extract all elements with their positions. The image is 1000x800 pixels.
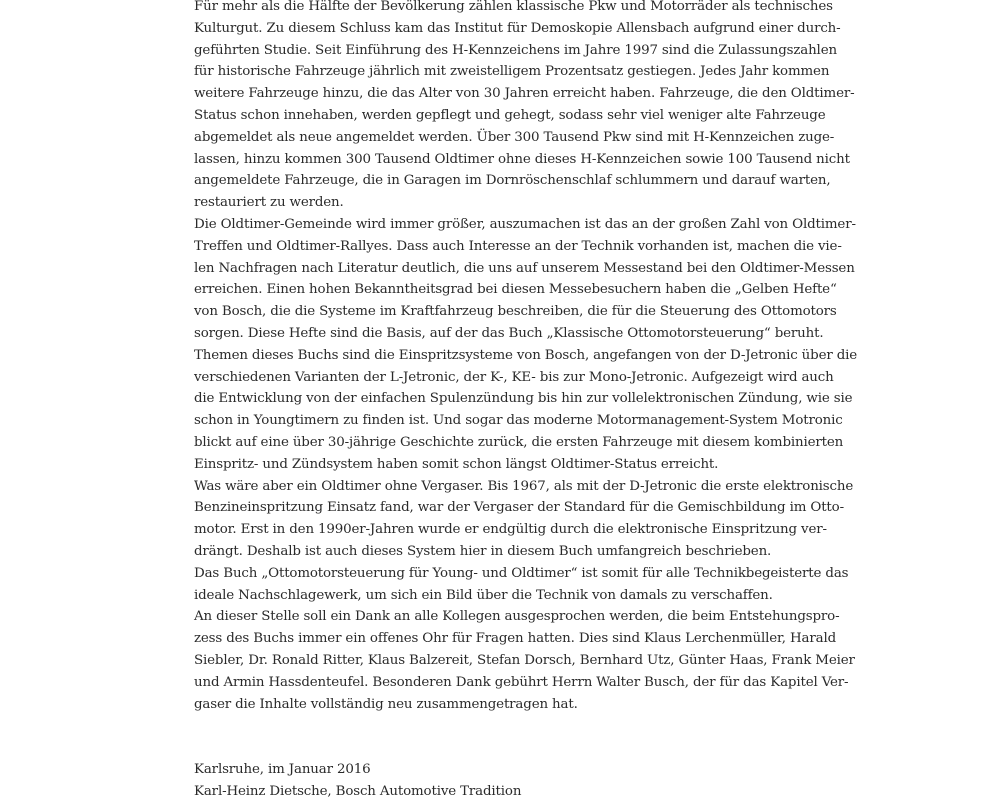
- text-line: zess des Buchs immer ein offenes Ohr für…: [194, 628, 814, 650]
- text-line: sorgen. Diese Hefte sind die Basis, auf …: [194, 323, 814, 345]
- text-line: Themen dieses Buchs sind die Einspritzsy…: [194, 345, 814, 367]
- text-line: Die Oldtimer-Gemeinde wird immer größer,…: [194, 214, 814, 236]
- text-line: die Entwicklung von der einfachen Spulen…: [194, 388, 814, 410]
- text-line: Für mehr als die Hälfte der Bevölkerung …: [194, 0, 814, 18]
- text-line: Status schon innehaben, werden gepflegt …: [194, 105, 814, 127]
- place-date: Karlsruhe, im Januar 2016: [194, 759, 814, 781]
- text-line: Benzineinspritzung Einsatz fand, war der…: [194, 497, 814, 519]
- preface-body: Für mehr als die Hälfte der Bevölkerung …: [194, 0, 814, 715]
- text-line: von Bosch, die die Systeme im Kraftfahrz…: [194, 301, 814, 323]
- text-line: gaser die Inhalte vollständig neu zusamm…: [194, 694, 814, 716]
- text-line: Was wäre aber ein Oldtimer ohne Vergaser…: [194, 476, 814, 498]
- text-line: und Armin Hassdenteufel. Besonderen Dank…: [194, 672, 814, 694]
- text-line: blickt auf eine über 30-jährige Geschich…: [194, 432, 814, 454]
- text-line: erreichen. Einen hohen Bekanntheitsgrad …: [194, 279, 814, 301]
- author-name: Karl-Heinz Dietsche, Bosch Automotive Tr…: [194, 781, 814, 800]
- document-page: Für mehr als die Hälfte der Bevölkerung …: [194, 0, 814, 800]
- text-line: Treffen und Oldtimer-Rallyes. Dass auch …: [194, 236, 814, 258]
- text-line: motor. Erst in den 1990er-Jahren wurde e…: [194, 519, 814, 541]
- text-line: weitere Fahrzeuge hinzu, die das Alter v…: [194, 83, 814, 105]
- signature-block: Karlsruhe, im Januar 2016 Karl-Heinz Die…: [194, 759, 814, 800]
- spacer: [194, 715, 814, 759]
- text-line: angemeldete Fahrzeuge, die in Garagen im…: [194, 170, 814, 192]
- text-line: An dieser Stelle soll ein Dank an alle K…: [194, 606, 814, 628]
- text-line: lassen, hinzu kommen 300 Tausend Oldtime…: [194, 149, 814, 171]
- text-line: drängt. Deshalb ist auch dieses System h…: [194, 541, 814, 563]
- text-line: verschiedenen Varianten der L-Jetronic, …: [194, 367, 814, 389]
- text-line: restauriert zu werden.: [194, 192, 814, 214]
- text-line: schon in Youngtimern zu finden ist. Und …: [194, 410, 814, 432]
- text-line: für historische Fahrzeuge jährlich mit z…: [194, 61, 814, 83]
- text-line: ideale Nachschlagewerk, um sich ein Bild…: [194, 585, 814, 607]
- text-line: Siebler, Dr. Ronald Ritter, Klaus Balzer…: [194, 650, 814, 672]
- text-line: Einspritz- und Zündsystem haben somit sc…: [194, 454, 814, 476]
- text-line: Kulturgut. Zu diesem Schluss kam das Ins…: [194, 18, 814, 40]
- text-line: geführten Studie. Seit Einführung des H-…: [194, 40, 814, 62]
- text-line: len Nachfragen nach Literatur deutlich, …: [194, 258, 814, 280]
- text-line: Das Buch „Ottomotorsteuerung für Young- …: [194, 563, 814, 585]
- text-line: abgemeldet als neue angemeldet werden. Ü…: [194, 127, 814, 149]
